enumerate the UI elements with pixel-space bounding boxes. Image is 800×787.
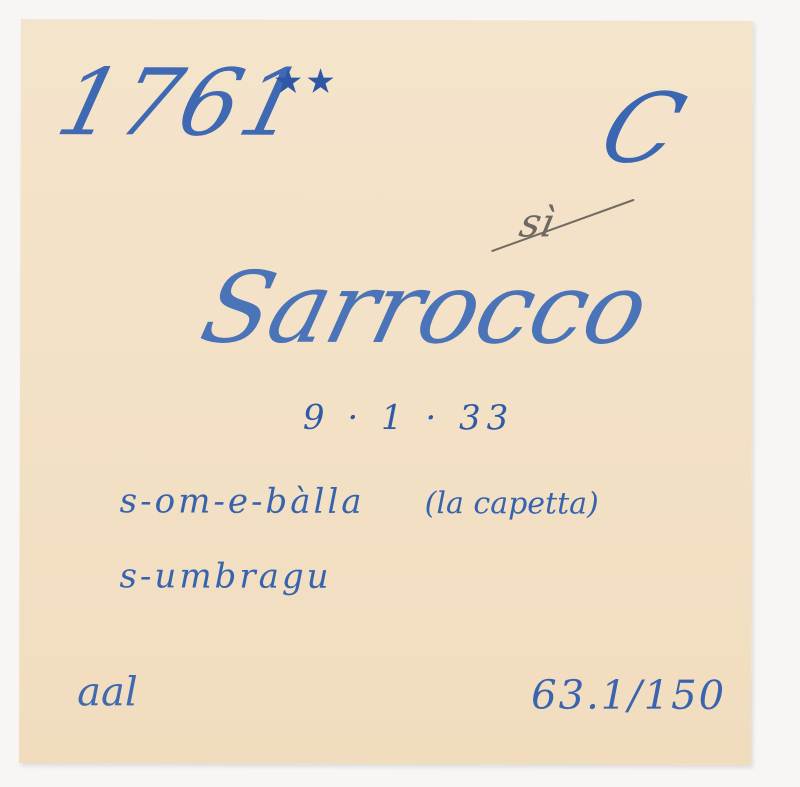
informant-code: aal (77, 669, 138, 715)
archive-card: 1761 ★★ C sì Sarrocco 9 · 1 · 33 s-om-e-… (19, 19, 753, 765)
reference-number: 63.1/150 (531, 672, 726, 719)
place-name: Sarrocco (191, 252, 659, 367)
entry-1-gloss: (la capetta) (425, 486, 599, 521)
date: 9 · 1 · 33 (303, 398, 514, 439)
entry-2-text: s-umbragu (119, 556, 331, 597)
pencil-underline (491, 199, 635, 252)
star-marks-icon: ★★ (273, 62, 338, 102)
corner-letter: C (587, 73, 697, 185)
entry-1-text: s-om-e-bàlla (120, 481, 365, 522)
